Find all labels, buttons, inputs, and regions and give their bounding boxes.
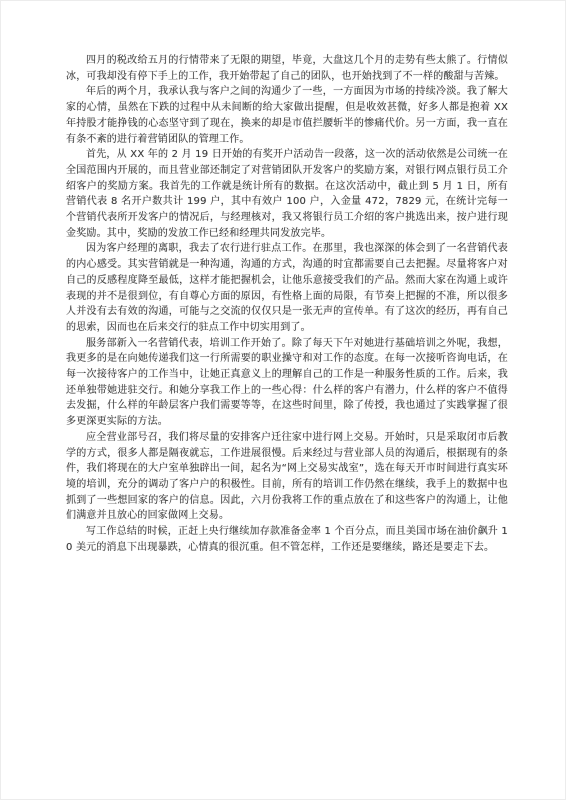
paragraph-1: 四月的税改给五月的行情带来了无限的期望，毕竟，大盘这几个月的走势有些太熊了。行情… [66,53,508,84]
paragraph-6: 应全营业部号召，我们将尽量的安排客户迁往家中进行网上交易。开始时，只是采取闭市后… [66,430,508,524]
paragraph-3: 首先，从 XX 年的 2 月 19 日开始的有奖开户活动告一段落，这一次的活动依… [66,147,508,241]
paragraph-7: 写工作总结的时候，正赶上央行继续加存款准备金率 1 个百分点，而且美国市场在油价… [66,524,508,555]
paragraph-4: 因为客户经理的离职，我去了农行进行驻点工作。在那里，我也深深的体会到了一名营销代… [66,241,508,335]
paragraph-2: 年后的两个月，我承认我与客户之间的沟通少了一些，一方面因为市场的持续冷淡。我了解… [66,84,508,147]
paragraph-5: 服务部新入一名营销代表，培训工作开始了。除了每天下午对她进行基础培训之外呢，我想… [66,336,508,430]
document-body: 四月的税改给五月的行情带来了无限的期望，毕竟，大盘这几个月的走势有些太熊了。行情… [66,53,508,556]
document-page: 四月的税改给五月的行情带来了无限的期望，毕竟，大盘这几个月的走势有些太熊了。行情… [0,0,566,800]
